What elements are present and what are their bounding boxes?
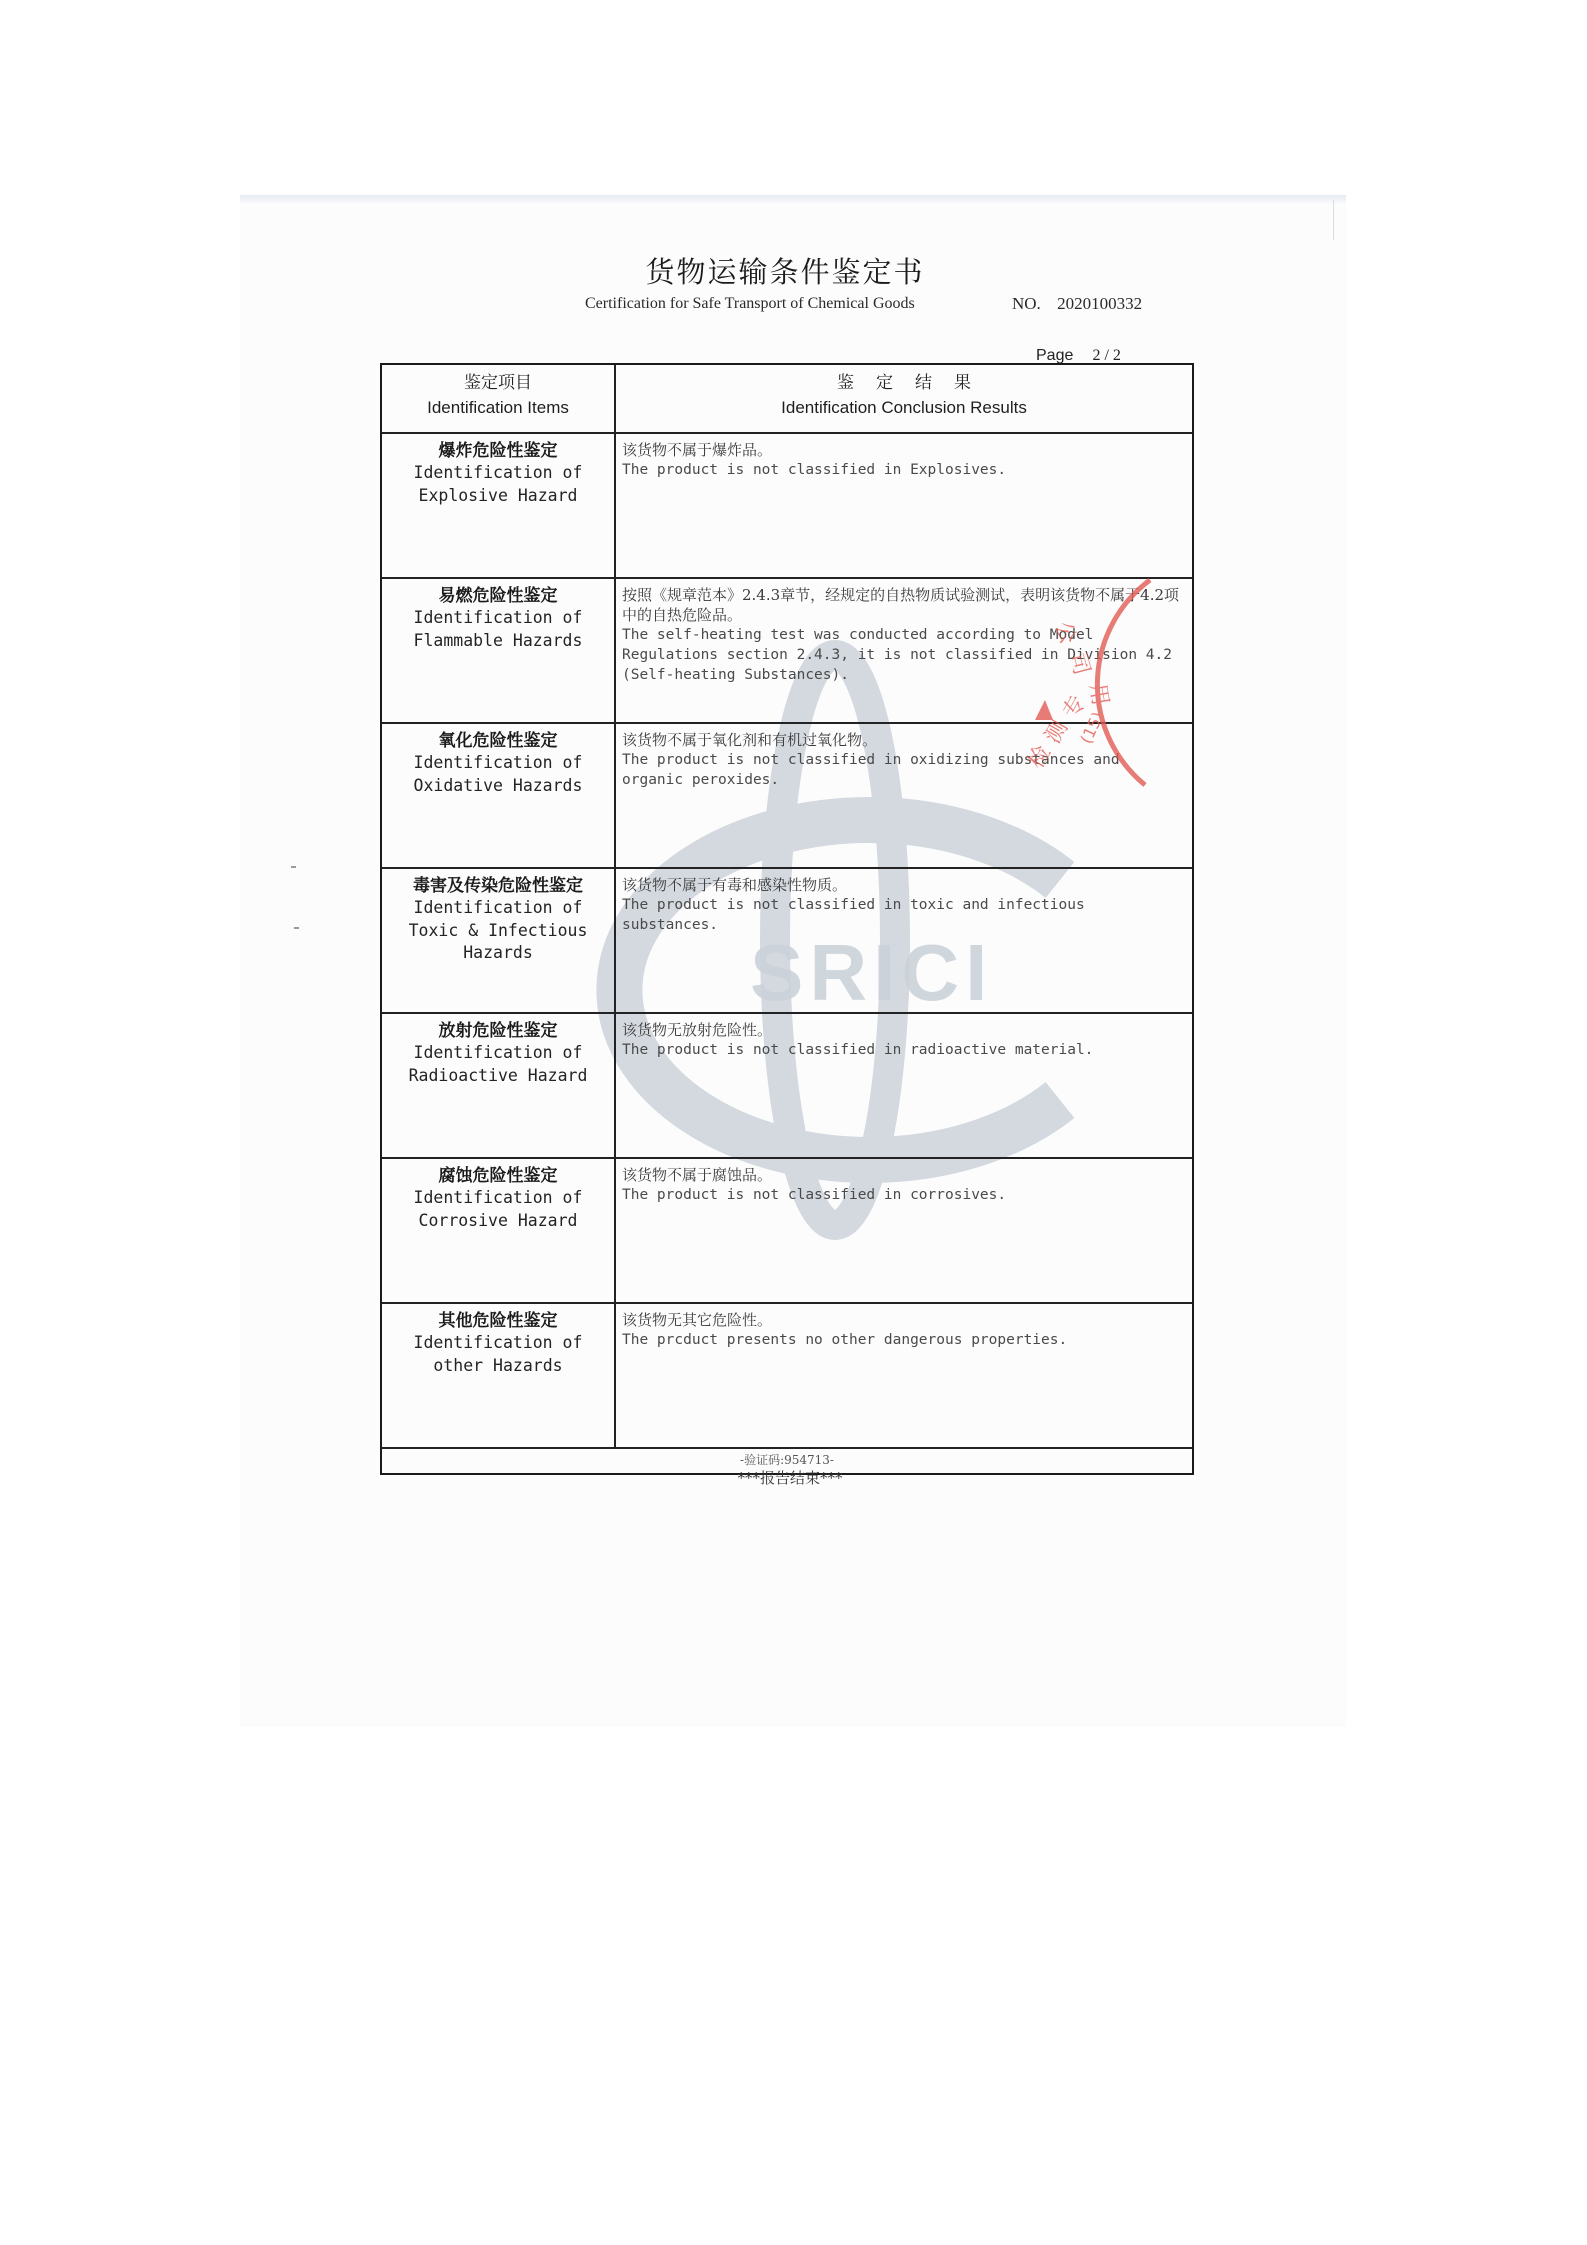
header-items-en: Identification Items [382, 395, 614, 421]
item-cell: 毒害及传染危险性鉴定 Identification of Toxic & Inf… [382, 869, 616, 1012]
header-items: 鉴定项目 Identification Items [382, 365, 616, 432]
item-cell: 易燃危险性鉴定 Identification of Flammable Haza… [382, 579, 616, 722]
result-cn: 该货物无其它危险性。 [622, 1310, 1186, 1330]
item-name-en: Identification of Flammable Hazards [382, 607, 614, 652]
result-en: The prcduct presents no other dangerous … [622, 1330, 1186, 1350]
item-name-en: Identification of other Hazards [382, 1332, 614, 1377]
item-name-en: Identification of Oxidative Hazards [382, 752, 614, 797]
margin-mark [291, 866, 296, 868]
result-en: The product is not classified in toxic a… [622, 895, 1186, 935]
table-row: 爆炸危险性鉴定 Identification of Explosive Haza… [382, 434, 1192, 579]
result-en: The product is not classified in radioac… [622, 1040, 1186, 1060]
item-name-en: Identification of Explosive Hazard [382, 462, 614, 507]
document-title-en: Certification for Safe Transport of Chem… [585, 295, 915, 313]
header-items-cn: 鉴定项目 [382, 371, 614, 395]
result-en: The product is not classified in corrosi… [622, 1185, 1186, 1205]
table-row: 放射危险性鉴定 Identification of Radioactive Ha… [382, 1014, 1192, 1159]
item-cell: 腐蚀危险性鉴定 Identification of Corrosive Haza… [382, 1159, 616, 1302]
margin-mark [294, 927, 299, 929]
document-number: NO. 2020100332 [1012, 294, 1142, 314]
result-en: The product is not classified in oxidizi… [622, 750, 1186, 790]
scan-edge [240, 195, 1346, 203]
result-cn: 该货物不属于腐蚀品。 [622, 1165, 1186, 1185]
item-cell: 爆炸危险性鉴定 Identification of Explosive Haza… [382, 434, 616, 577]
result-cn: 该货物无放射危险性。 [622, 1020, 1186, 1040]
scan-edge-right [1333, 200, 1334, 240]
item-cell: 放射危险性鉴定 Identification of Radioactive Ha… [382, 1014, 616, 1157]
document-number-value: 2020100332 [1057, 294, 1142, 313]
item-name-cn: 氧化危险性鉴定 [382, 730, 614, 752]
result-cell: 该货物无放射危险性。 The product is not classified… [616, 1014, 1192, 1157]
table-row: 其他危险性鉴定 Identification of other Hazards … [382, 1304, 1192, 1449]
item-name-en: Identification of Corrosive Hazard [382, 1187, 614, 1232]
item-name-cn: 毒害及传染危险性鉴定 [382, 875, 614, 897]
result-cell: 该货物不属于爆炸品。 The product is not classified… [616, 434, 1192, 577]
result-cell: 该货物不属于腐蚀品。 The product is not classified… [616, 1159, 1192, 1302]
item-name-cn: 放射危险性鉴定 [382, 1020, 614, 1042]
result-cn: 该货物不属于氧化剂和有机过氧化物。 [622, 730, 1186, 750]
header-results: 鉴定结果 Identification Conclusion Results [616, 365, 1192, 432]
identification-table: 鉴定项目 Identification Items 鉴定结果 Identific… [380, 363, 1194, 1475]
result-cell: 该货物无其它危险性。 The prcduct presents no other… [616, 1304, 1192, 1447]
item-name-cn: 易燃危险性鉴定 [382, 585, 614, 607]
result-cn: 按照《规章范本》2.4.3章节，经规定的自热物质试验测试，表明该货物不属于4.2… [622, 585, 1186, 625]
end-of-report: ***报告结束*** [680, 1467, 900, 1488]
table-header-row: 鉴定项目 Identification Items 鉴定结果 Identific… [382, 365, 1192, 434]
item-name-cn: 腐蚀危险性鉴定 [382, 1165, 614, 1187]
result-en: The product is not classified in Explosi… [622, 460, 1186, 480]
result-cn: 该货物不属于爆炸品。 [622, 440, 1186, 460]
item-name-en: Identification of Toxic & Infectious Haz… [382, 897, 614, 965]
document-number-label: NO. [1012, 294, 1041, 313]
item-name-cn: 其他危险性鉴定 [382, 1310, 614, 1332]
header-results-en: Identification Conclusion Results [622, 395, 1186, 421]
page-label: Page [1036, 347, 1073, 364]
table-row: 腐蚀危险性鉴定 Identification of Corrosive Haza… [382, 1159, 1192, 1304]
table-row: 毒害及传染危险性鉴定 Identification of Toxic & Inf… [382, 869, 1192, 1014]
item-name-cn: 爆炸危险性鉴定 [382, 440, 614, 462]
result-cn: 该货物不属于有毒和感染性物质。 [622, 875, 1186, 895]
page-indicator: Page 2 / 2 [1036, 345, 1121, 365]
result-cell: 该货物不属于氧化剂和有机过氧化物。 The product is not cla… [616, 724, 1192, 867]
table-row: 易燃危险性鉴定 Identification of Flammable Haza… [382, 579, 1192, 724]
result-en: The self-heating test was conducted acco… [622, 625, 1186, 685]
page-value: 2 / 2 [1092, 347, 1120, 364]
result-cell: 该货物不属于有毒和感染性物质。 The product is not class… [616, 869, 1192, 1012]
item-name-en: Identification of Radioactive Hazard [382, 1042, 614, 1087]
result-cell: 按照《规章范本》2.4.3章节，经规定的自热物质试验测试，表明该货物不属于4.2… [616, 579, 1192, 722]
item-cell: 其他危险性鉴定 Identification of other Hazards [382, 1304, 616, 1447]
document-title-cn: 货物运输条件鉴定书 [620, 250, 950, 291]
header-results-cn: 鉴定结果 [622, 371, 1186, 395]
table-row: 氧化危险性鉴定 Identification of Oxidative Haza… [382, 724, 1192, 869]
item-cell: 氧化危险性鉴定 Identification of Oxidative Haza… [382, 724, 616, 867]
